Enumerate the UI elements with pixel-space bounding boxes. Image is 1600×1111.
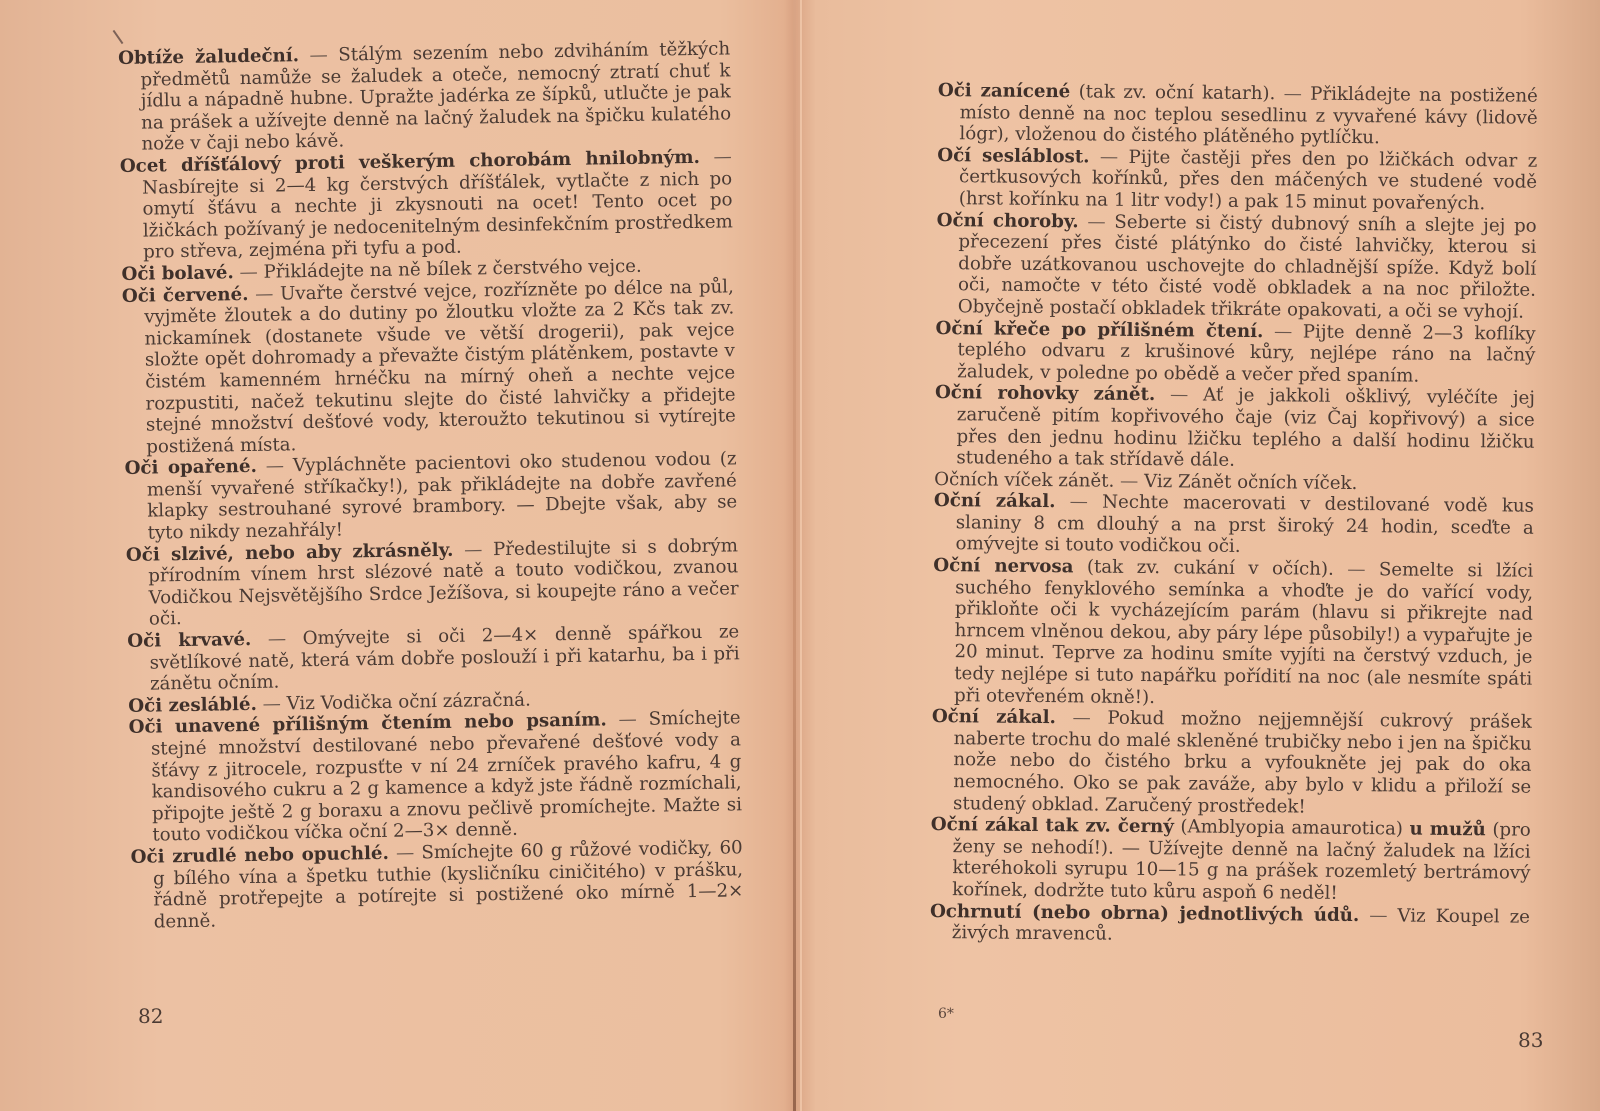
em-dash: —: [1120, 470, 1138, 491]
page-number-right: 83: [1518, 1028, 1543, 1052]
em-dash: —: [1100, 146, 1118, 167]
em-dash: —: [1170, 385, 1188, 406]
entry-oci-cervene: Oči červené. — Uvařte čerstvé vejce, roz…: [122, 276, 737, 458]
entry-heading: Oční nervosa: [933, 555, 1073, 577]
left-page: Obtíže žaludeční. — Stálým sezením nebo …: [118, 38, 744, 933]
em-dash: —: [1087, 211, 1105, 232]
em-dash: —: [1347, 559, 1365, 580]
entry-ocni-choroby: Oční choroby. — Seberte si čistý dubnový…: [936, 210, 1537, 324]
entry-heading-note: (tak zv. oční katarh).: [1079, 81, 1276, 104]
em-dash: —: [268, 628, 287, 649]
entry-body: Viz Zánět očních víček.: [1144, 471, 1357, 494]
em-dash: —: [1070, 492, 1088, 513]
em-dash: —: [1274, 321, 1292, 342]
page-number-left: 82: [138, 1004, 163, 1028]
entry-body: Semelte si lžíci suchého fenyklového sem…: [954, 559, 1533, 707]
em-dash: —: [255, 283, 274, 304]
entry-heading: Oční zákal.: [932, 706, 1056, 728]
entry-heading: Oči bolavé.: [121, 262, 233, 285]
em-dash: —: [1072, 708, 1090, 729]
entry-heading: Obtíže žaludeční.: [118, 45, 299, 69]
entry-oci-seslablost: Očí sesláblost. — Pijte častěji přes den…: [937, 145, 1538, 216]
entry-body: Viz Vodička oční zázračná.: [286, 689, 531, 714]
em-dash: —: [262, 693, 281, 714]
entry-ocni-nervosa: Oční nervosa (tak zv. cukání v očích). —…: [932, 555, 1533, 712]
entry-heading: Oční choroby.: [937, 210, 1079, 232]
entry-ochrnuti: Ochrnutí (nebo obrna) jednotlivých údů. …: [930, 901, 1530, 950]
entry-ocni-zakal-2: Oční zákal. — Pokud možno nejjemnější cu…: [931, 706, 1532, 820]
entry-heading: Oči opařené.: [124, 456, 257, 479]
entry-oci-zanicene: Oči zanícené (tak zv. oční katarh). — Př…: [937, 80, 1538, 151]
entry-heading: Očí sesláblost.: [937, 145, 1089, 167]
entry-body: Nasbírejte si 2—4 kg čerstvých dříšťálek…: [142, 168, 733, 263]
entry-heading-tail: u mužů: [1409, 819, 1486, 841]
em-dash: —: [266, 456, 285, 477]
entry-oci-unavene: Oči unavené přílišným čtením nebo psaním…: [129, 708, 743, 847]
right-page: Oči zanícené (tak zv. oční katarh). — Př…: [930, 80, 1538, 949]
entry-ocni-zakal-1: Oční zákal. — Nechte macerovati v destil…: [933, 490, 1534, 561]
entry-ocni-rohovky-zanet: Oční rohovky zánět. — Ať je jakkoli oškl…: [934, 382, 1535, 474]
entry-oci-krvave: Oči krvavé. — Omývejte si oči 2—4× denně…: [127, 621, 740, 695]
entry-heading: Oči krvavé.: [127, 629, 251, 652]
entry-oci-slzive: Oči slzivé, nebo aby zkrásněly. — Předes…: [126, 535, 739, 631]
em-dash: —: [713, 146, 732, 167]
signature-mark: 6*: [938, 1006, 954, 1022]
entry-heading: Oči zanícené: [938, 80, 1071, 102]
entry-heading: Oči zesláblé.: [128, 694, 257, 717]
em-dash: —: [464, 539, 483, 560]
em-dash: —: [239, 262, 258, 283]
entry-ocet-ististalovy: Ocet dříšťálový proti veškerým chorobám …: [120, 146, 734, 264]
entry-oci-zrudle: Oči zrudlé nebo opuchlé. — Smíchejte 60 …: [131, 837, 744, 933]
entry-heading-note: (tak zv. cukání v očích).: [1087, 557, 1334, 580]
entry-heading: Oční zákal.: [934, 490, 1056, 512]
entry-heading: Oči červené.: [122, 284, 249, 307]
em-dash: —: [309, 45, 328, 66]
book-gutter: [793, 0, 796, 1111]
em-dash: —: [1369, 905, 1387, 926]
entry-ocni-krece: Oční křeče po přílišném čtení. — Pijte d…: [935, 318, 1536, 389]
entry-oci-oparene: Oči opařené. — Vypláchněte pacientovi ok…: [124, 449, 737, 545]
entry-heading: Oční zákal tak zv. černý: [931, 814, 1174, 837]
em-dash: —: [1284, 83, 1302, 104]
em-dash: —: [618, 709, 637, 730]
em-dash: —: [396, 842, 415, 863]
entry-heading: Oční rohovky zánět.: [935, 382, 1155, 405]
entry-heading: Očních víček zánět.: [934, 469, 1114, 492]
book-gutter-highlight: [800, 0, 802, 1111]
entry-heading: Oční křeče po přílišném čtení.: [936, 318, 1264, 342]
entry-heading-note: (Amblyopia amaurotica): [1180, 817, 1403, 840]
entry-obtize-zaludecni: Obtíže žaludeční. — Stálým sezením nebo …: [118, 38, 732, 156]
entry-ocni-zakal-cerny: Oční zákal tak zv. černý (Amblyopia amau…: [930, 814, 1531, 906]
